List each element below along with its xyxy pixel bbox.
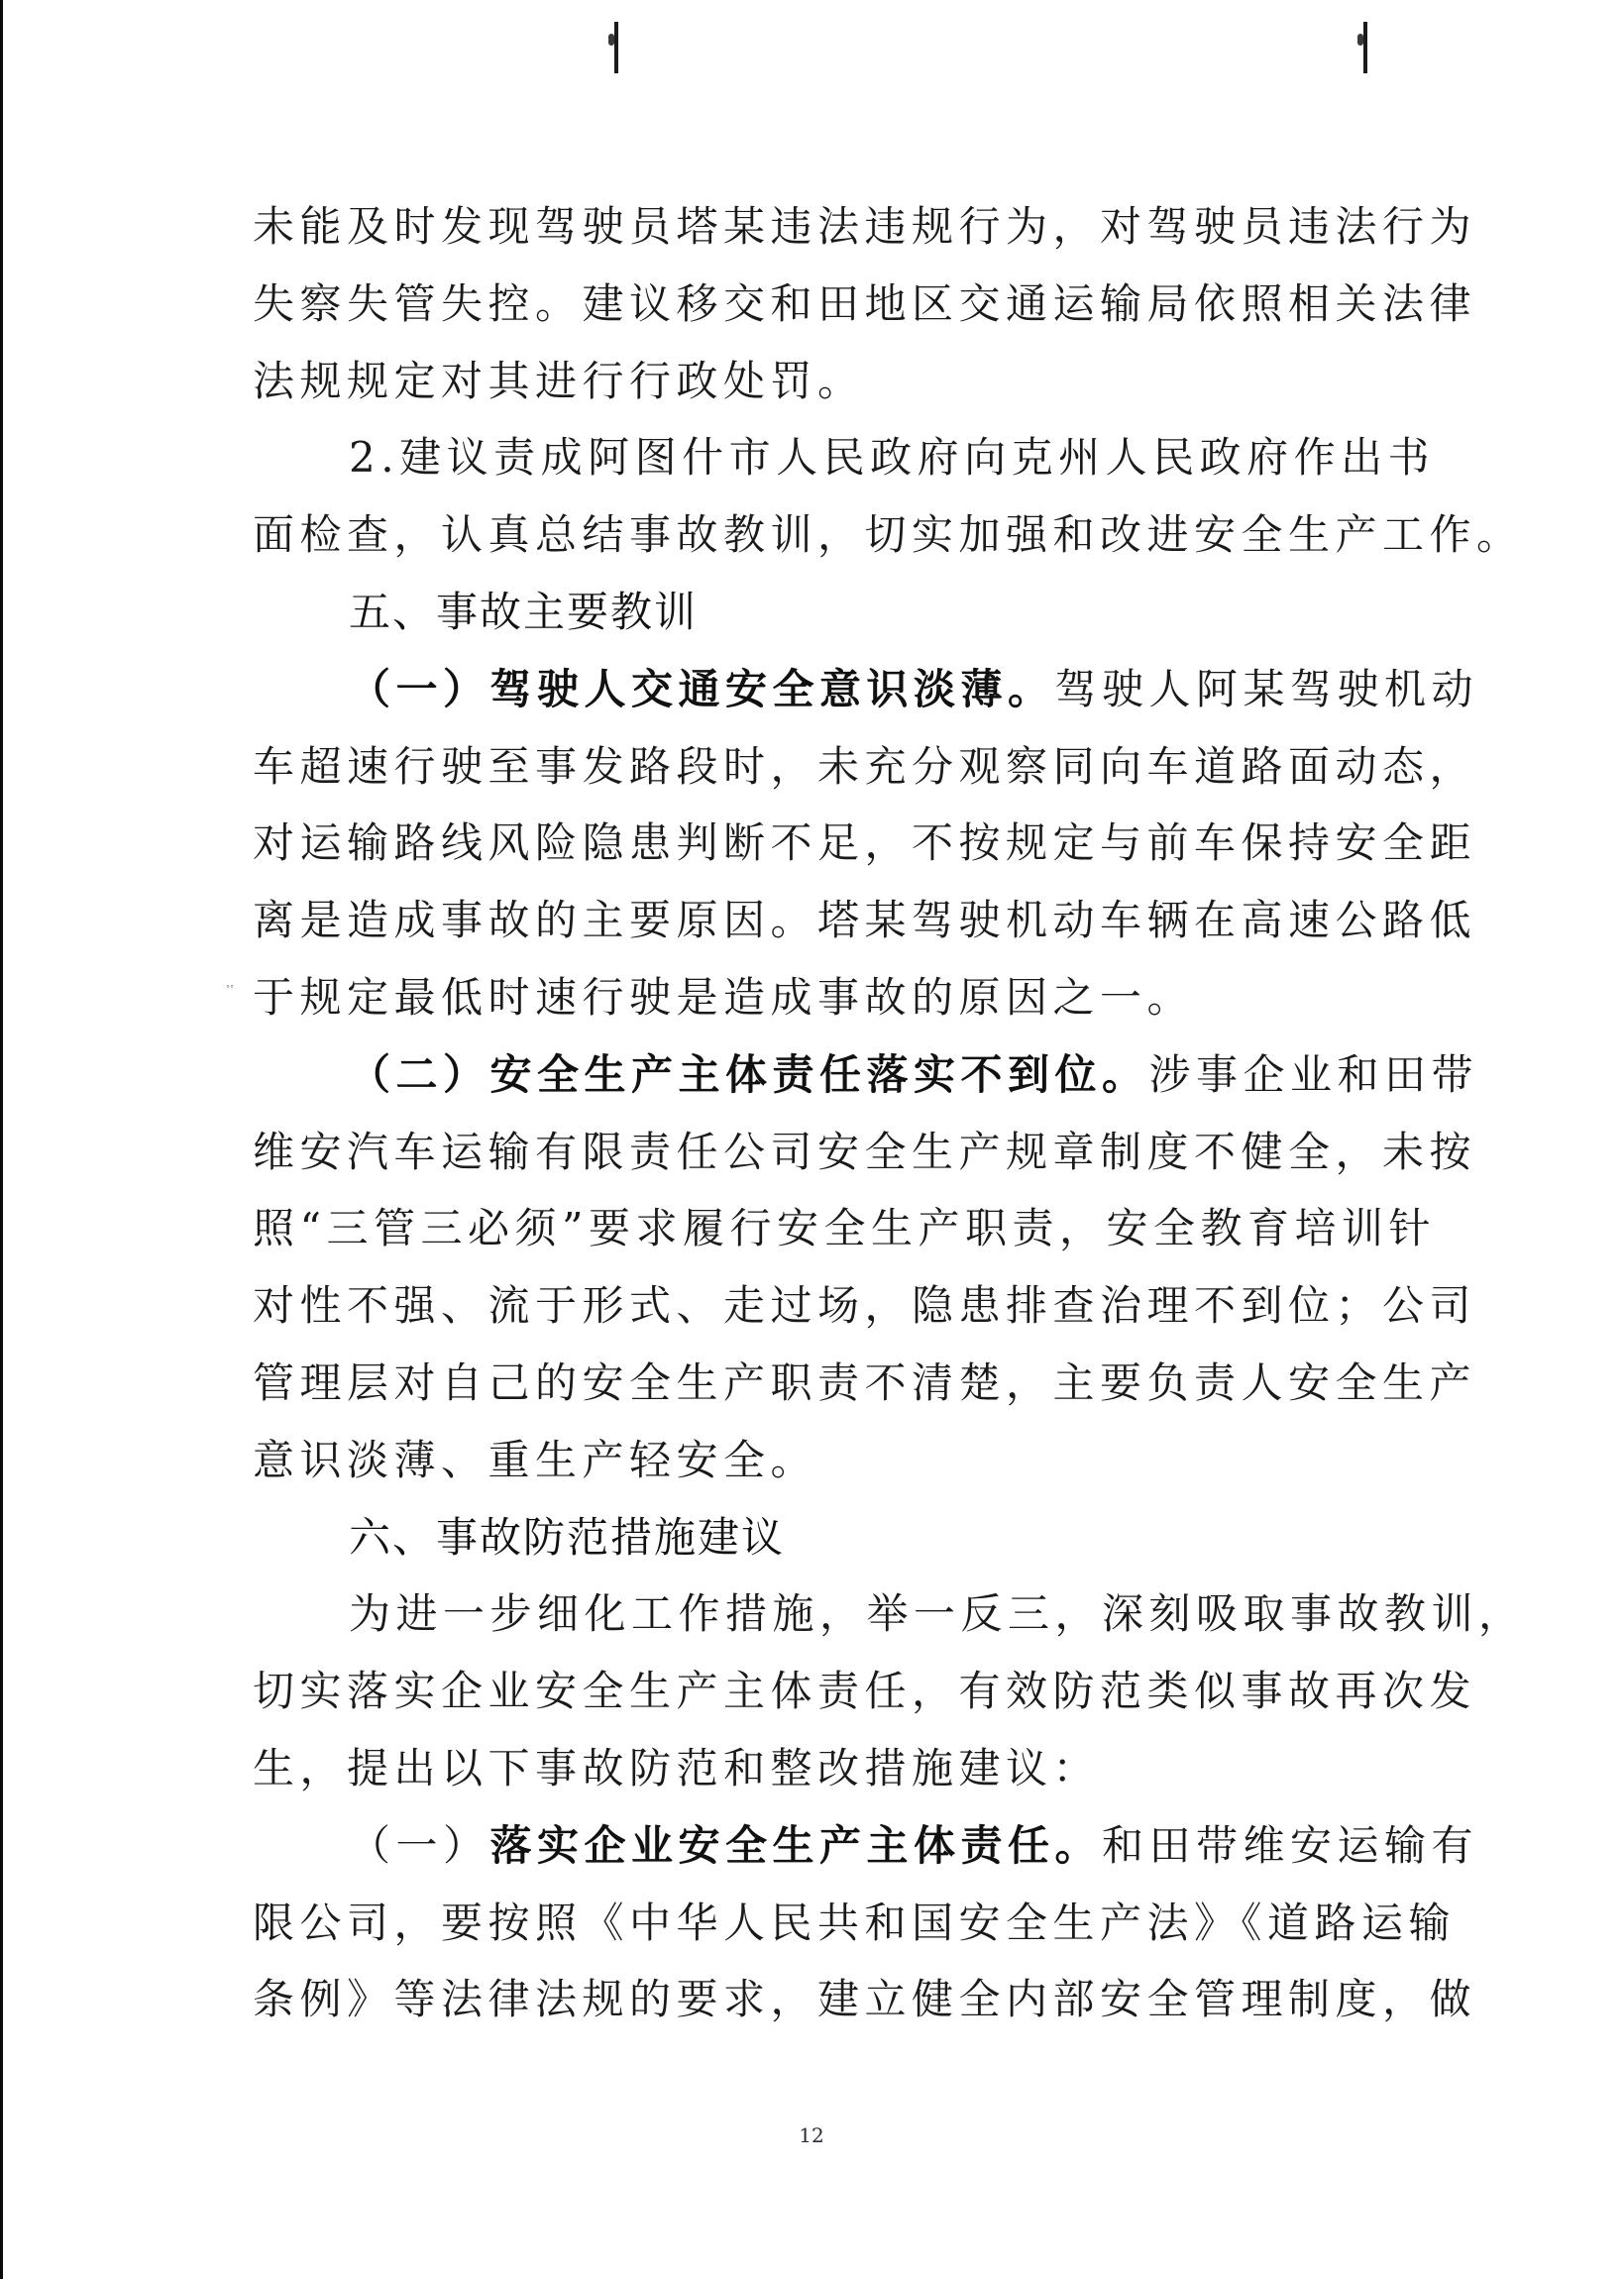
paragraph-line: 生，提出以下事故防范和整改措施建议： (253, 1730, 1392, 1807)
line-text: 为进一步细化工作措施，举一反三，深刻吸取事故教训， (349, 1589, 1526, 1638)
line-text: 和田带维安运输有 (1102, 1821, 1478, 1870)
subheading-lead: 落实企业安全生产主体责任。 (490, 1821, 1103, 1870)
heading-text: 六、事故防范措施建议 (349, 1513, 785, 1562)
section-heading-lessons: 五、事故主要教训 (253, 574, 1392, 651)
paragraph-line: 对性不强、流于形式、走过场，隐患排查治理不到位；公司 (253, 1267, 1392, 1345)
paragraph-line: 于规定最低时速行驶是造成事故的原因之一。 (253, 959, 1392, 1036)
scan-artifact: °° (505, 984, 513, 993)
paragraph-line: （二）安全生产主体责任落实不到位。涉事企业和田带 (253, 1036, 1392, 1114)
line-text: 失察失管失控。建议移交和田地区交通运输局依照相关法律 (253, 279, 1476, 328)
line-text: 切实落实企业安全生产主体责任，有效防范类似事故再次发 (253, 1667, 1476, 1715)
line-text: 管理层对自己的安全生产职责不清楚，主要负责人安全生产 (253, 1358, 1476, 1407)
line-text: 维安汽车运输有限责任公司安全生产规章制度不健全，未按 (253, 1128, 1476, 1176)
line-text: 于规定最低时速行驶是造成事故的原因之一。 (253, 973, 1194, 1022)
line-text: 意识淡薄、重生产轻安全。 (253, 1436, 817, 1484)
line-text: 对运输路线风险隐患判断不足，不按规定与前车保持安全距 (253, 818, 1476, 867)
paragraph-line: 离是造成事故的主要原因。塔某驾驶机动车辆在高速公路低 (253, 882, 1392, 959)
section-heading-prevention: 六、事故防范措施建议 (253, 1499, 1392, 1576)
line-text: 限公司，要按照《中华人民共和国安全生产法》《道路运输 (253, 1899, 1456, 1947)
line-text: 车超速行驶至事发路段时，未充分观察同向车道路面动态， (253, 742, 1476, 791)
line-text: 法规规定对其进行行政处罚。 (253, 357, 865, 405)
line-text: 涉事企业和田带 (1149, 1050, 1479, 1099)
line-text: 对性不强、流于形式、走过场，隐患排查治理不到位；公司 (253, 1281, 1476, 1330)
paragraph-line: （一）落实企业安全生产主体责任。和田带维安运输有 (253, 1807, 1392, 1885)
paragraph-line: 对运输路线风险隐患判断不足，不按规定与前车保持安全距 (253, 805, 1392, 882)
line-text: 离是造成事故的主要原因。塔某驾驶机动车辆在高速公路低 (253, 896, 1476, 944)
paragraph-line: 限公司，要按照《中华人民共和国安全生产法》《道路运输 (253, 1885, 1392, 1962)
line-text: 驾驶人阿某驾驶机动 (1055, 665, 1479, 713)
subheading-lead: （一）驾驶人交通安全意识淡薄。 (349, 665, 1055, 713)
paragraph-line: 照“三管三必须”要求履行安全生产职责，安全教育培训针 (253, 1190, 1392, 1267)
paragraph-line: 为进一步细化工作措施，举一反三，深刻吸取事故教训， (253, 1575, 1392, 1653)
binding-hole-mark-right (1363, 22, 1367, 73)
paragraph-line: 条例》等法律法规的要求，建立健全内部安全管理制度，做 (253, 1961, 1392, 2038)
binding-hole-mark-left (614, 22, 618, 73)
paragraph-line: 失察失管失控。建议移交和田地区交通运输局依照相关法律 (253, 266, 1392, 343)
line-text: 生，提出以下事故防范和整改措施建议： (253, 1744, 1100, 1792)
line-text: 面检查，认真总结事故教训，切实加强和改进安全生产工作。 (253, 510, 1524, 559)
paragraph-line: 切实落实企业安全生产主体责任，有效防范类似事故再次发 (253, 1653, 1392, 1730)
paragraph-line: 意识淡薄、重生产轻安全。 (253, 1422, 1392, 1499)
list-prefix: （一） (349, 1821, 490, 1870)
heading-text: 五、事故主要教训 (349, 588, 698, 636)
paragraph-line: （一）驾驶人交通安全意识淡薄。驾驶人阿某驾驶机动 (253, 651, 1392, 728)
scan-artifact: °° (226, 984, 234, 993)
paragraph-line: 面检查，认真总结事故教训，切实加强和改进安全生产工作。 (253, 496, 1392, 574)
line-text: 2.建议责成阿图什市人民政府向克州人民政府作出书 (349, 433, 1435, 482)
scan-left-edge (0, 0, 3, 2279)
document-body: 未能及时发现驾驶员塔某违法违规行为，对驾驶员违法行为 失察失管失控。建议移交和田… (253, 188, 1392, 2038)
paragraph-line: 法规规定对其进行行政处罚。 (253, 343, 1392, 420)
paragraph-line: 管理层对自己的安全生产职责不清楚，主要负责人安全生产 (253, 1345, 1392, 1422)
paragraph-line: 2.建议责成阿图什市人民政府向克州人民政府作出书 (253, 419, 1392, 496)
line-text: 条例》等法律法规的要求，建立健全内部安全管理制度，做 (253, 1975, 1476, 2023)
paragraph-line: 未能及时发现驾驶员塔某违法违规行为，对驾驶员违法行为 (253, 188, 1392, 266)
subheading-lead: （二）安全生产主体责任落实不到位。 (349, 1050, 1149, 1099)
line-text: 未能及时发现驾驶员塔某违法违规行为，对驾驶员违法行为 (253, 202, 1476, 251)
paragraph-line: 车超速行驶至事发路段时，未充分观察同向车道路面动态， (253, 728, 1392, 806)
paragraph-line: 维安汽车运输有限责任公司安全生产规章制度不健全，未按 (253, 1114, 1392, 1191)
page-number: 12 (797, 2123, 826, 2147)
line-text: 照“三管三必须”要求履行安全生产职责，安全教育培训针 (253, 1204, 1436, 1252)
